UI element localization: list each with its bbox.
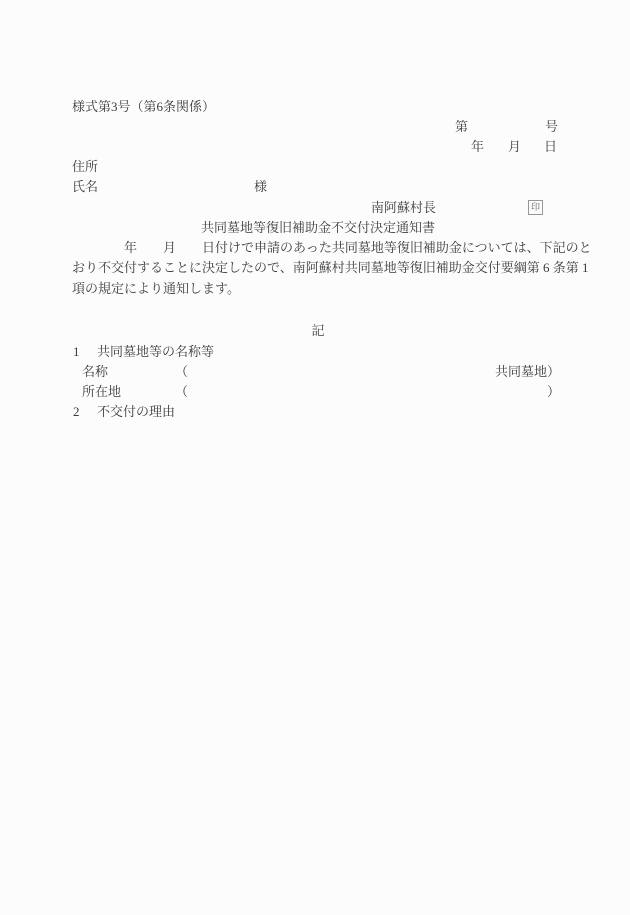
location-field-paren-open: （ bbox=[175, 384, 188, 400]
date-day-label: 日 bbox=[544, 139, 557, 155]
item-number: 2 bbox=[73, 404, 80, 420]
body-line: おり不交付することに決定したので、南阿蘇村共同墓地等復旧補助金交付要綱第 6 条… bbox=[72, 260, 589, 276]
record-marker: 記 bbox=[72, 323, 564, 339]
name-field-paren-close: 共同墓地） bbox=[495, 364, 560, 380]
issuer-title: 南阿蘇村長 bbox=[371, 200, 436, 216]
date-year-label: 年 bbox=[471, 139, 484, 155]
location-field-paren-close: ） bbox=[547, 384, 560, 400]
item-number: 1 bbox=[73, 344, 80, 360]
body-line: 項の規定により通知します。 bbox=[72, 281, 240, 297]
location-field-label: 所在地 bbox=[82, 384, 121, 400]
name-field-paren-open: （ bbox=[175, 364, 188, 380]
document-title: 共同墓地等復旧補助金不交付決定通知書 bbox=[72, 220, 564, 236]
recipient-address-label: 住所 bbox=[72, 159, 98, 175]
item-label: 共同墓地等の名称等 bbox=[97, 344, 214, 360]
name-field-label: 名称 bbox=[82, 364, 108, 380]
body-line: 年 月 日付けで申請のあった共同墓地等復旧補助金については、下記のと bbox=[72, 240, 592, 256]
doc-number-suffix: 号 bbox=[545, 119, 558, 135]
doc-number-prefix: 第 bbox=[455, 119, 468, 135]
item-label: 不交付の理由 bbox=[97, 404, 175, 420]
form-number: 様式第3号（第6条関係） bbox=[72, 99, 215, 115]
date-month-label: 月 bbox=[508, 139, 521, 155]
seal-placeholder-icon: 印 bbox=[528, 200, 543, 215]
recipient-honorific: 様 bbox=[254, 179, 267, 195]
document-page: 様式第3号（第6条関係） 第 号 年 月 日 住所 氏名 様 南阿蘇村長 印 共… bbox=[0, 0, 630, 915]
recipient-name-label: 氏名 bbox=[72, 179, 98, 195]
